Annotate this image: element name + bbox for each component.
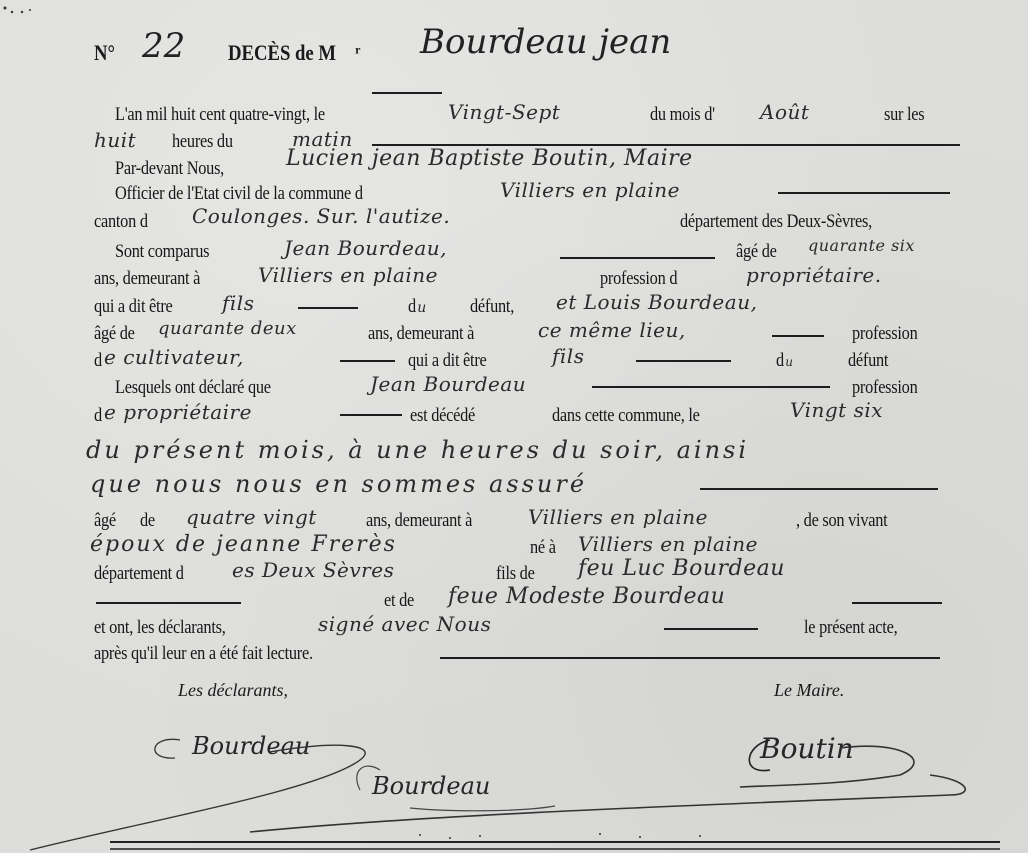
declarant-1-name: Jean Bourdeau, [284,236,447,260]
deceased-age: quatre vingt [186,505,317,529]
hour-field: huit [94,128,136,152]
deceased-name: Bourdeau jean [420,22,671,62]
spouse-field: époux de jeanne Frerès [90,532,397,557]
fill-rule [340,414,402,416]
header-divider [372,92,442,94]
record-number: 22 [142,26,185,66]
canton-field: Coulonges. Sur. l'autize. [192,204,450,228]
deceased-name-field: Jean Bourdeau [370,372,526,396]
father-field: feu Luc Bourdeau [578,556,785,581]
record-header: N° [94,40,119,66]
fill-rule [852,602,942,604]
fill-rule [778,192,950,194]
fill-rule [96,602,241,604]
fill-rule [664,628,758,630]
fill-rule [298,307,358,309]
declarant-2-relation: fils [552,344,584,368]
mayor-signature: Boutin [760,732,854,765]
department-field: es Deux Sèvres [232,558,394,582]
declarant-2-signature: Bourdeau [372,772,490,800]
verification-note: que nous nous en sommes assuré [90,470,587,498]
record-title-sup: r [355,43,360,57]
fill-rule [772,335,824,337]
birthplace-field: Villiers en plaine [578,532,758,556]
declarant-2-age: quarante deux [158,318,297,339]
declarant-1-residence: Villiers en plaine [258,263,438,287]
record-title: DECÈS de M [228,40,336,66]
death-record-page: N° 22 DECÈS de Mr Bourdeau jean L'an mil… [0,0,1028,853]
death-time-detail: du présent mois, à une heures du soir, a… [86,436,749,464]
fill-rule [560,257,715,259]
declarant-1-signature: Bourdeau [192,732,310,760]
month-field: Août [760,100,809,124]
declarant-1-relation: fils [222,291,254,315]
fill-rule [700,488,938,490]
declarant-1-age: quarante six [808,236,915,255]
mother-field: feue Modeste Bourdeau [448,584,725,609]
number-label: N° [94,40,115,66]
declarant-2-residence: ce même lieu, [538,318,686,342]
declarants-label: Les déclarants, [178,680,288,701]
commune-field: Villiers en plaine [500,178,680,202]
fill-rule [592,386,830,388]
deceased-residence: Villiers en plaine [528,505,708,529]
fill-rule [340,360,395,362]
declarant-1-profession: propriétaire. [746,263,882,287]
mayor-name-field: Lucien jean Baptiste Boutin, Maire [286,146,693,171]
signature-flourishes [0,0,1028,853]
fill-rule [440,657,940,659]
declarant-2-profession: e cultivateur, [104,345,244,369]
fill-rule [636,360,731,362]
line-date: L'an mil huit cent quatre-vingt, le [115,104,359,126]
day-field: Vingt-Sept [448,100,560,124]
signature-statement: signé avec Nous [318,612,491,636]
deceased-profession: e propriétaire [104,400,252,424]
mayor-label: Le Maire. [774,680,844,701]
death-day-field: Vingt six [790,398,883,422]
declarant-2-name: et Louis Bourdeau, [556,290,757,314]
